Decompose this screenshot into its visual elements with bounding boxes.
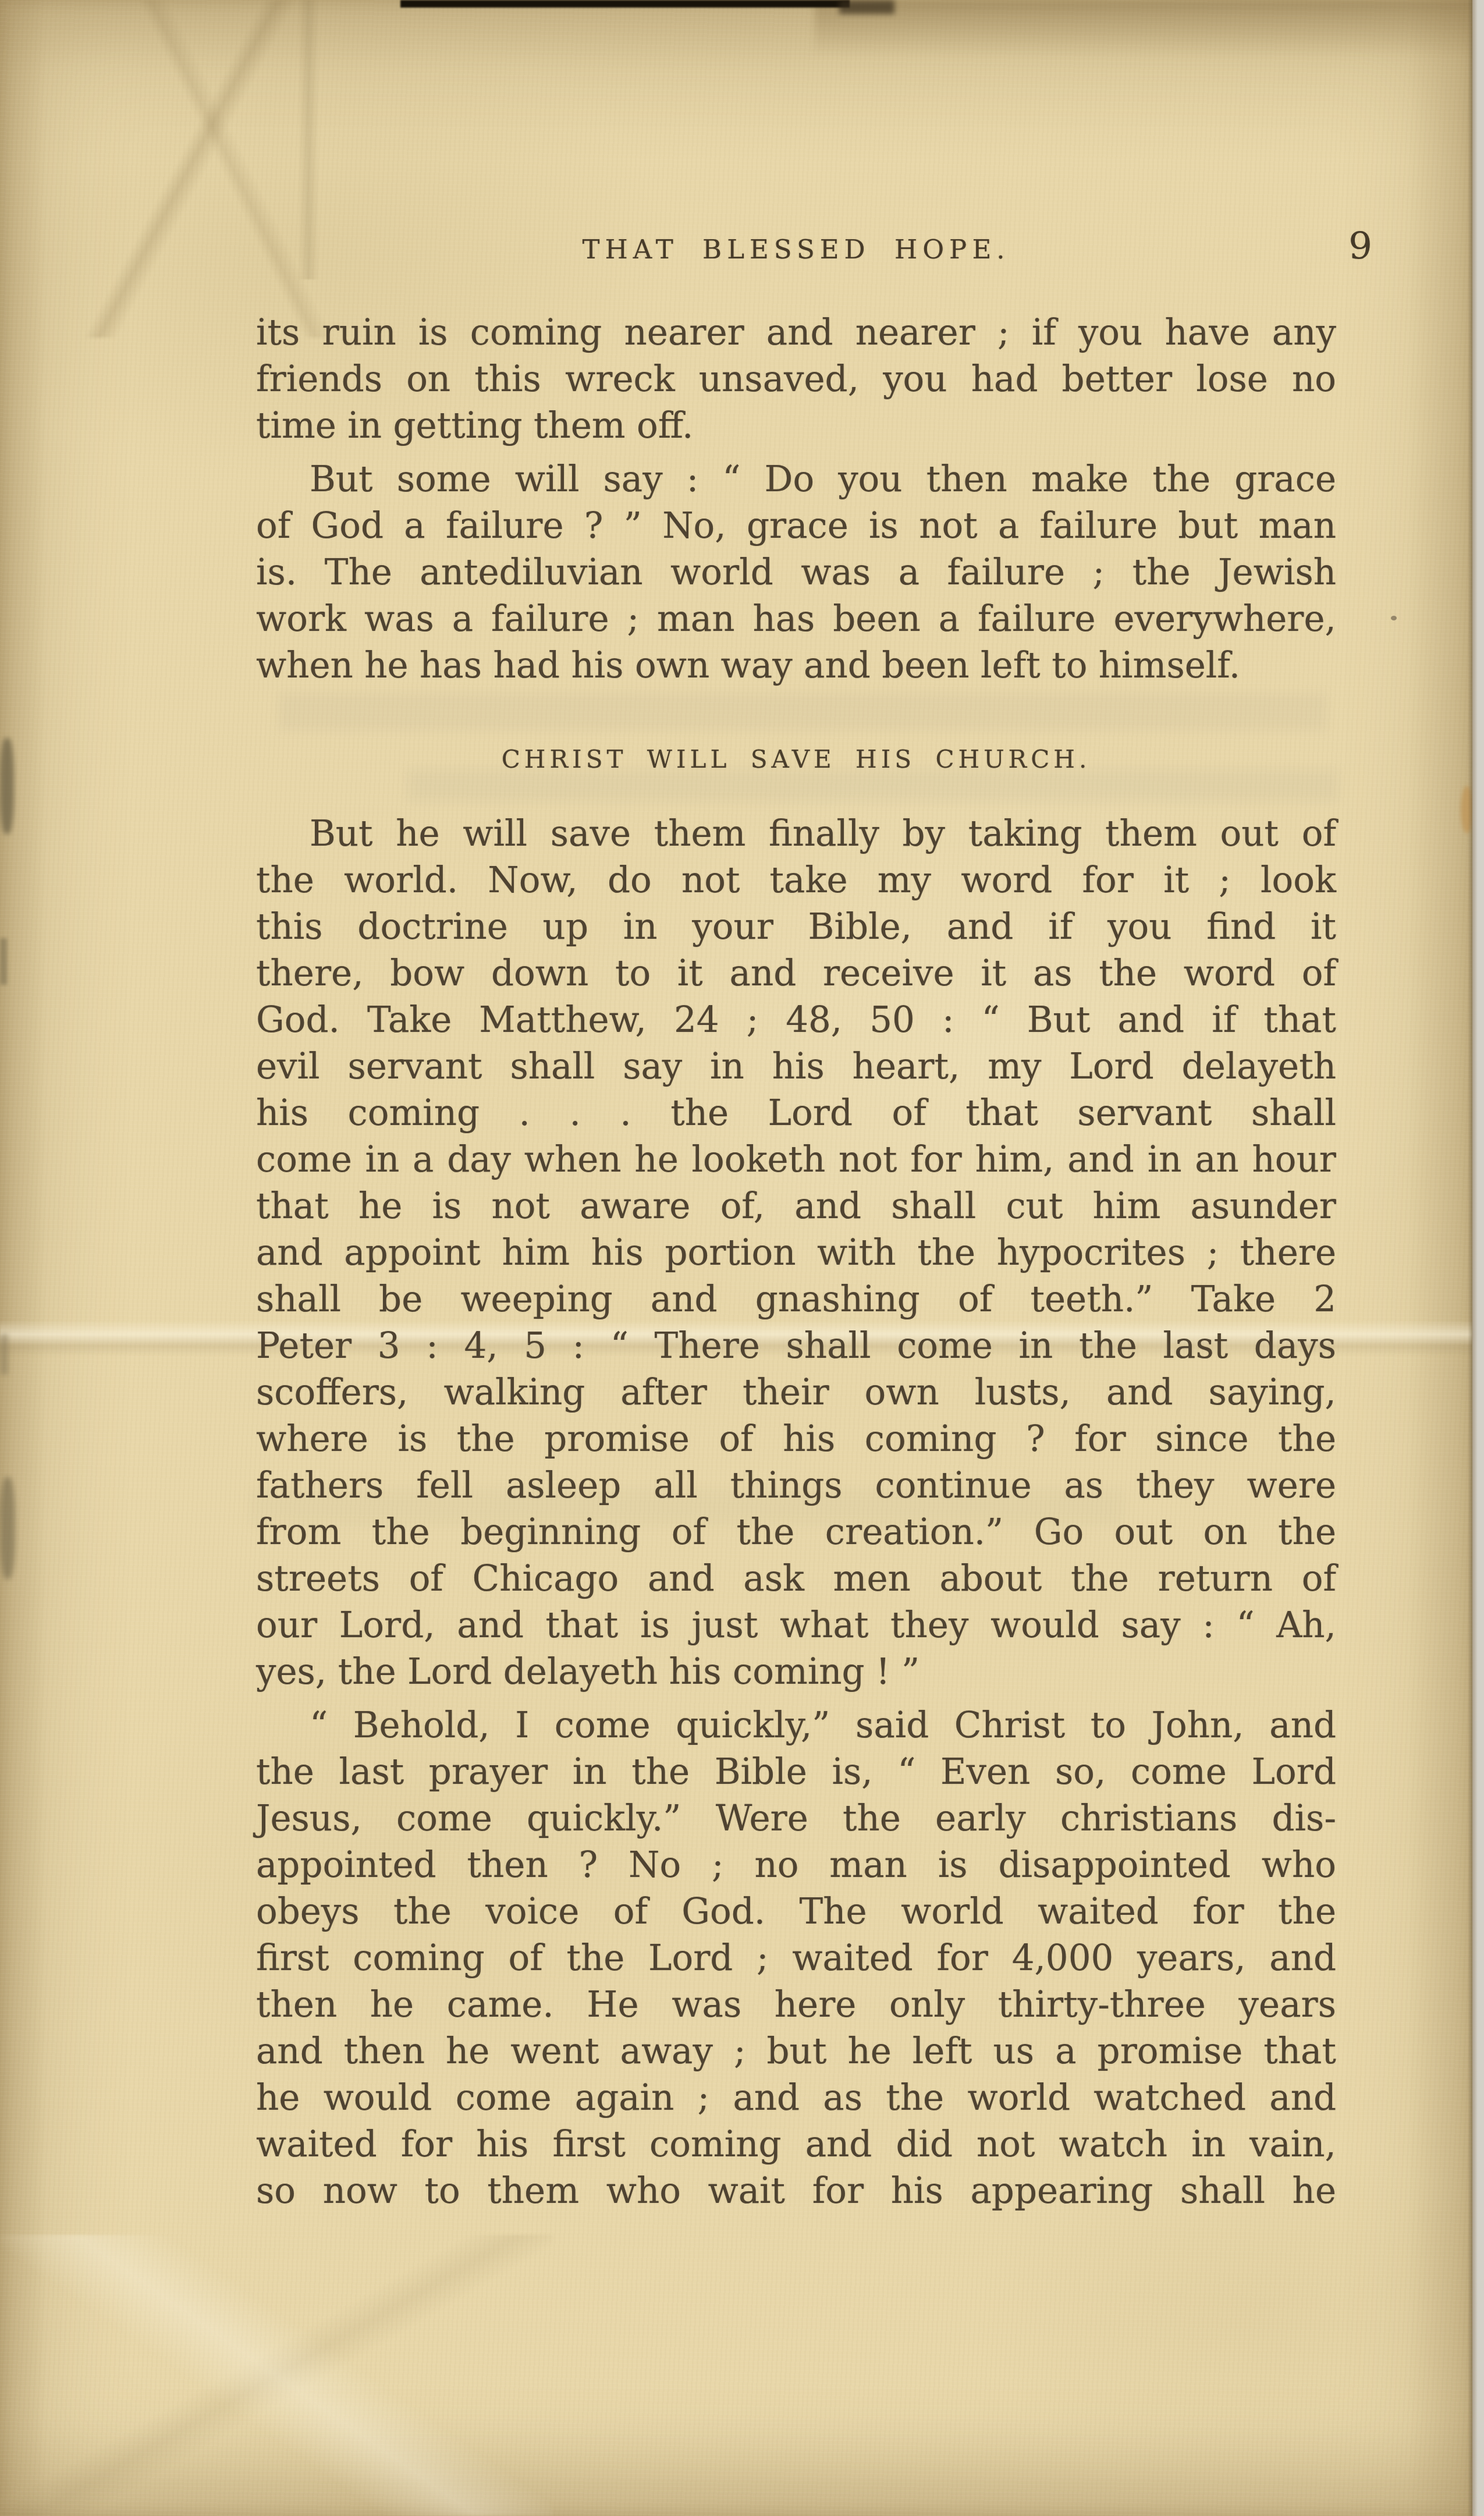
text-column: its ruin is coming nearer and nearer ; i… bbox=[256, 310, 1336, 2215]
text-line: God. Take Matthew, 24 ; 48, 50 : “ But a… bbox=[256, 997, 1336, 1044]
paragraph: But he will save them finally by taking … bbox=[256, 811, 1336, 1695]
text-line: his coming . . . the Lord of that servan… bbox=[256, 1090, 1336, 1137]
text-line: yes, the Lord delayeth his coming ! ” bbox=[256, 1649, 1336, 1695]
text-line: the last prayer in the Bible is, “ Even … bbox=[256, 1749, 1336, 1795]
text-line: Jesus, come quickly.” Were the early chr… bbox=[256, 1795, 1336, 1842]
text-line: work was a failure ; man has been a fail… bbox=[256, 596, 1336, 643]
text-line: evil servant shall say in his heart, my … bbox=[256, 1044, 1336, 1090]
text-line: first coming of the Lord ; waited for 4,… bbox=[256, 1935, 1336, 1982]
text-line: scoffers, walking after their own lusts,… bbox=[256, 1369, 1336, 1416]
text-line: its ruin is coming nearer and nearer ; i… bbox=[256, 310, 1336, 356]
text-line: from the beginning of the creation.” Go … bbox=[256, 1509, 1336, 1556]
scanner-bed-strip bbox=[1472, 0, 1484, 2516]
text-line: shall be weeping and gnashing of teeth.”… bbox=[256, 1276, 1336, 1323]
text-line: the world. Now, do not take my word for … bbox=[256, 857, 1336, 904]
text-line: this doctrine up in your Bible, and if y… bbox=[256, 904, 1336, 950]
text-line: that he is not aware of, and shall cut h… bbox=[256, 1183, 1336, 1230]
text-line: and appoint him his portion with the hyp… bbox=[256, 1230, 1336, 1276]
text-line: then he came. He was here only thirty-th… bbox=[256, 1982, 1336, 2028]
paragraph: But some will say : “ Do you then make t… bbox=[256, 456, 1336, 689]
text-line: there, bow down to it and receive it as … bbox=[256, 950, 1336, 997]
paragraph: “ Behold, I come quickly,” said Christ t… bbox=[256, 1702, 1336, 2215]
page-number: 9 bbox=[1348, 226, 1372, 268]
text-line: fathers fell asleep all things continue … bbox=[256, 1463, 1336, 1509]
paragraph: its ruin is coming nearer and nearer ; i… bbox=[256, 310, 1336, 449]
text-line: waited for his first coming and did not … bbox=[256, 2121, 1336, 2168]
text-line: our Lord, and that is just what they wou… bbox=[256, 1602, 1336, 1649]
running-header: THAT BLESSED HOPE. 9 bbox=[256, 232, 1336, 268]
text-line: friends on this wreck unsaved, you had b… bbox=[256, 356, 1336, 403]
text-line: streets of Chicago and ask men about the… bbox=[256, 1556, 1336, 1602]
text-line: when he has had his own way and been lef… bbox=[256, 643, 1336, 689]
text-line: of God a failure ? ” No, grace is not a … bbox=[256, 503, 1336, 549]
text-line: But some will say : “ Do you then make t… bbox=[256, 456, 1336, 503]
text-line: obeys the voice of God. The world waited… bbox=[256, 1889, 1336, 1935]
text-line: so now to them who wait for his appearin… bbox=[256, 2168, 1336, 2215]
text-line: appointed then ? No ; no man is disappoi… bbox=[256, 1842, 1336, 1889]
text-line: and then he went away ; but he left us a… bbox=[256, 2028, 1336, 2075]
text-line: come in a day when he looketh not for hi… bbox=[256, 1137, 1336, 1183]
section-heading: CHRIST WILL SAVE HIS CHURCH. bbox=[256, 743, 1336, 776]
scanned-book-page: THAT BLESSED HOPE. 9 its ruin is coming … bbox=[0, 0, 1484, 2516]
running-header-title: THAT BLESSED HOPE. bbox=[582, 232, 1010, 268]
text-line: But he will save them finally by taking … bbox=[256, 811, 1336, 857]
text-line: Peter 3 : 4, 5 : “ There shall come in t… bbox=[256, 1323, 1336, 1369]
text-line: is. The antediluvian world was a failure… bbox=[256, 549, 1336, 596]
text-line: he would come again ; and as the world w… bbox=[256, 2075, 1336, 2121]
text-line: where is the promise of his coming ? for… bbox=[256, 1416, 1336, 1463]
text-line: “ Behold, I come quickly,” said Christ t… bbox=[256, 1702, 1336, 1749]
text-line: time in getting them off. bbox=[256, 403, 1336, 449]
